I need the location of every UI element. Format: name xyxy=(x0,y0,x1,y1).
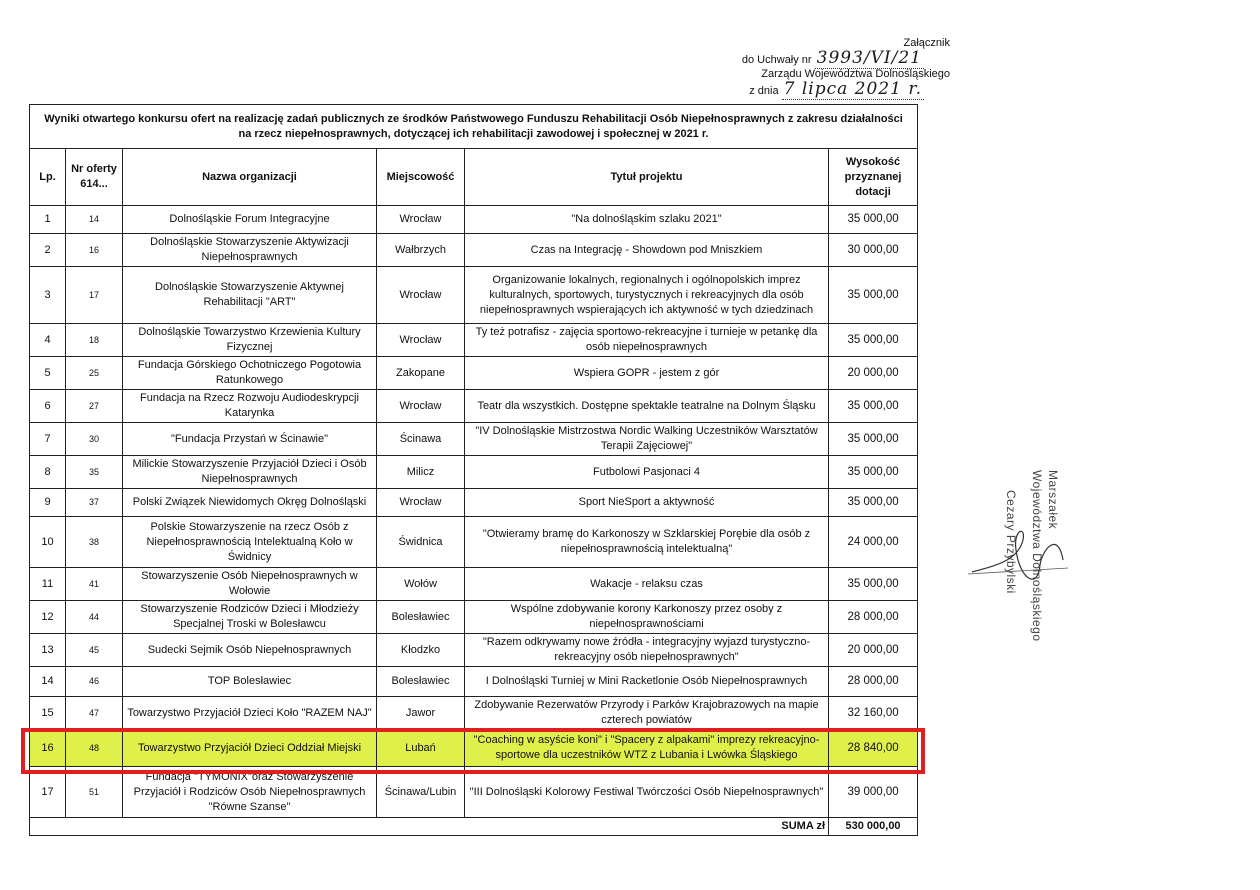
cell-name: Stowarzyszenie Osób Niepełnosprawnych w … xyxy=(123,568,377,601)
cell-lp: 12 xyxy=(30,601,66,634)
cell-nr: 41 xyxy=(66,568,123,601)
cell-project: Organizowanie lokalnych, regionalnych i … xyxy=(465,267,829,324)
cell-amount: 35 000,00 xyxy=(829,456,918,489)
cell-amount: 35 000,00 xyxy=(829,423,918,456)
table-title: Wyniki otwartego konkursu ofert na reali… xyxy=(30,105,918,149)
date-value: 7 lipca 2021 r. xyxy=(782,79,924,100)
signature-stamp: Marszałek Województwa Dolnośląskiego Cez… xyxy=(968,470,1078,670)
cell-name: Fundacja "TYMONIX"oraz Stowarzyszenie Pr… xyxy=(123,767,377,818)
cell-city: Lubań xyxy=(377,730,465,767)
cell-project: "IV Dolnośląskie Mistrzostwa Nordic Walk… xyxy=(465,423,829,456)
sum-value: 530 000,00 xyxy=(829,818,918,836)
table-row: 937Polski Związek Niewidomych Okręg Doln… xyxy=(30,489,918,517)
cell-lp: 1 xyxy=(30,206,66,234)
cell-amount: 32 160,00 xyxy=(829,697,918,730)
cell-city: Ścinawa/Lubin xyxy=(377,767,465,818)
sum-row: SUMA zł530 000,00 xyxy=(30,818,918,836)
resolution-prefix: do Uchwały nr xyxy=(742,54,812,66)
cell-nr: 16 xyxy=(66,234,123,267)
cell-nr: 30 xyxy=(66,423,123,456)
cell-city: Wałbrzych xyxy=(377,234,465,267)
cell-city: Ścinawa xyxy=(377,423,465,456)
cell-amount: 35 000,00 xyxy=(829,489,918,517)
cell-city: Bolesławiec xyxy=(377,667,465,697)
cell-nr: 27 xyxy=(66,390,123,423)
cell-amount: 39 000,00 xyxy=(829,767,918,818)
cell-nr: 51 xyxy=(66,767,123,818)
cell-project: "Otwieramy bramę do Karkonoszy w Szklars… xyxy=(465,517,829,568)
cell-lp: 3 xyxy=(30,267,66,324)
cell-lp: 10 xyxy=(30,517,66,568)
cell-nr: 37 xyxy=(66,489,123,517)
cell-amount: 35 000,00 xyxy=(829,267,918,324)
cell-lp: 14 xyxy=(30,667,66,697)
cell-city: Wrocław xyxy=(377,206,465,234)
cell-nr: 18 xyxy=(66,324,123,357)
cell-lp: 16 xyxy=(30,730,66,767)
table-row: 525Fundacja Górskiego Ochotniczego Pogot… xyxy=(30,357,918,390)
col-header-amount: Wysokość przyznanej dotacji xyxy=(829,149,918,206)
cell-name: Sudecki Sejmik Osób Niepełnosprawnych xyxy=(123,634,377,667)
table-row: 1648Towarzystwo Przyjaciół Dzieci Oddzia… xyxy=(30,730,918,767)
cell-city: Milicz xyxy=(377,456,465,489)
cell-lp: 8 xyxy=(30,456,66,489)
cell-city: Jawor xyxy=(377,697,465,730)
cell-lp: 13 xyxy=(30,634,66,667)
cell-project: "III Dolnośląski Kolorowy Festiwal Twórc… xyxy=(465,767,829,818)
table-row: 317Dolnośląskie Stowarzyszenie Aktywnej … xyxy=(30,267,918,324)
cell-lp: 4 xyxy=(30,324,66,357)
cell-name: "Fundacja Przystań w Ścinawie" xyxy=(123,423,377,456)
cell-project: "Na dolnośląskim szlaku 2021" xyxy=(465,206,829,234)
cell-project: Ty też potrafisz - zajęcia sportowo-rekr… xyxy=(465,324,829,357)
cell-nr: 35 xyxy=(66,456,123,489)
cell-nr: 25 xyxy=(66,357,123,390)
date-line: z dnia 7 lipca 2021 r. xyxy=(730,82,950,99)
annex-header: Załącznik do Uchwały nr 3993/VI/21 Zarzą… xyxy=(730,36,950,98)
cell-city: Wrocław xyxy=(377,324,465,357)
table-row: 418Dolnośląskie Towarzystwo Krzewienia K… xyxy=(30,324,918,357)
table-row: 1141Stowarzyszenie Osób Niepełnosprawnyc… xyxy=(30,568,918,601)
cell-amount: 35 000,00 xyxy=(829,390,918,423)
cell-lp: 2 xyxy=(30,234,66,267)
table-row: 1345Sudecki Sejmik Osób Niepełnosprawnyc… xyxy=(30,634,918,667)
cell-project: Czas na Integrację - Showdown pod Mniszk… xyxy=(465,234,829,267)
cell-nr: 38 xyxy=(66,517,123,568)
resolution-line: do Uchwały nr 3993/VI/21 xyxy=(730,51,950,68)
results-table: Wyniki otwartego konkursu ofert na reali… xyxy=(29,104,918,836)
col-header-project: Tytuł projektu xyxy=(465,149,829,206)
cell-name: Polski Związek Niewidomych Okręg Dolnośl… xyxy=(123,489,377,517)
cell-amount: 35 000,00 xyxy=(829,206,918,234)
cell-city: Zakopane xyxy=(377,357,465,390)
cell-name: Milickie Stowarzyszenie Przyjaciół Dziec… xyxy=(123,456,377,489)
cell-name: Dolnośląskie Towarzystwo Krzewienia Kult… xyxy=(123,324,377,357)
sum-label: SUMA zł xyxy=(30,818,829,836)
cell-city: Wrocław xyxy=(377,390,465,423)
cell-city: Bolesławiec xyxy=(377,601,465,634)
cell-city: Kłodzko xyxy=(377,634,465,667)
cell-project: Teatr dla wszystkich. Dostępne spektakle… xyxy=(465,390,829,423)
cell-nr: 17 xyxy=(66,267,123,324)
cell-project: "Razem odkrywamy nowe źródła - integracy… xyxy=(465,634,829,667)
cell-nr: 46 xyxy=(66,667,123,697)
cell-project: Zdobywanie Rezerwatów Przyrody i Parków … xyxy=(465,697,829,730)
cell-project: Wspiera GOPR - jestem z gór xyxy=(465,357,829,390)
cell-city: Wołów xyxy=(377,568,465,601)
cell-lp: 7 xyxy=(30,423,66,456)
cell-project: Wakacje - relaksu czas xyxy=(465,568,829,601)
cell-amount: 20 000,00 xyxy=(829,357,918,390)
date-prefix: z dnia xyxy=(749,85,778,97)
cell-amount: 20 000,00 xyxy=(829,634,918,667)
table-row: 1244Stowarzyszenie Rodziców Dzieci i Mło… xyxy=(30,601,918,634)
table-row: 1446TOP BolesławiecBolesławiecI Dolnoślą… xyxy=(30,667,918,697)
cell-lp: 17 xyxy=(30,767,66,818)
cell-name: Towarzystwo Przyjaciół Dzieci Oddział Mi… xyxy=(123,730,377,767)
cell-name: Dolnośląskie Stowarzyszenie Aktywnej Reh… xyxy=(123,267,377,324)
cell-name: Towarzystwo Przyjaciół Dzieci Koło "RAZE… xyxy=(123,697,377,730)
cell-amount: 24 000,00 xyxy=(829,517,918,568)
cell-city: Świdnica xyxy=(377,517,465,568)
col-header-name: Nazwa organizacji xyxy=(123,149,377,206)
cell-name: Polskie Stowarzyszenie na rzecz Osób z N… xyxy=(123,517,377,568)
cell-lp: 15 xyxy=(30,697,66,730)
cell-lp: 11 xyxy=(30,568,66,601)
col-header-lp: Lp. xyxy=(30,149,66,206)
cell-nr: 14 xyxy=(66,206,123,234)
cell-name: Stowarzyszenie Rodziców Dzieci i Młodzie… xyxy=(123,601,377,634)
resolution-number: 3993/VI/21 xyxy=(815,48,924,69)
table-row: 1751Fundacja "TYMONIX"oraz Stowarzyszeni… xyxy=(30,767,918,818)
cell-amount: 28 000,00 xyxy=(829,601,918,634)
cell-project: Futbolowi Pasjonaci 4 xyxy=(465,456,829,489)
cell-name: Dolnośląskie Forum Integracyjne xyxy=(123,206,377,234)
cell-project: I Dolnośląski Turniej w Mini Racketlonie… xyxy=(465,667,829,697)
cell-lp: 6 xyxy=(30,390,66,423)
table-row: 835Milickie Stowarzyszenie Przyjaciół Dz… xyxy=(30,456,918,489)
cell-lp: 5 xyxy=(30,357,66,390)
cell-nr: 48 xyxy=(66,730,123,767)
cell-name: Dolnośląskie Stowarzyszenie Aktywizacji … xyxy=(123,234,377,267)
table-row: 730"Fundacja Przystań w Ścinawie"Ścinawa… xyxy=(30,423,918,456)
table-row: 1038Polskie Stowarzyszenie na rzecz Osób… xyxy=(30,517,918,568)
cell-lp: 9 xyxy=(30,489,66,517)
col-header-nr: Nr oferty 614... xyxy=(66,149,123,206)
cell-project: Wspólne zdobywanie korony Karkonoszy prz… xyxy=(465,601,829,634)
cell-city: Wrocław xyxy=(377,489,465,517)
signature-scribble-icon xyxy=(968,470,1078,670)
cell-amount: 30 000,00 xyxy=(829,234,918,267)
cell-project: "Coaching w asyście koni" i "Spacery z a… xyxy=(465,730,829,767)
table-row: 216Dolnośląskie Stowarzyszenie Aktywizac… xyxy=(30,234,918,267)
cell-name: TOP Bolesławiec xyxy=(123,667,377,697)
cell-project: Sport NieSport a aktywność xyxy=(465,489,829,517)
cell-amount: 28 840,00 xyxy=(829,730,918,767)
table-row: 114Dolnośląskie Forum IntegracyjneWrocła… xyxy=(30,206,918,234)
cell-city: Wrocław xyxy=(377,267,465,324)
table-row: 627Fundacja na Rzecz Rozwoju Audiodeskry… xyxy=(30,390,918,423)
cell-amount: 35 000,00 xyxy=(829,324,918,357)
cell-nr: 44 xyxy=(66,601,123,634)
table-row: 1547Towarzystwo Przyjaciół Dzieci Koło "… xyxy=(30,697,918,730)
cell-nr: 45 xyxy=(66,634,123,667)
col-header-city: Miejscowość xyxy=(377,149,465,206)
header-row: Lp. Nr oferty 614... Nazwa organizacji M… xyxy=(30,149,918,206)
cell-name: Fundacja na Rzecz Rozwoju Audiodeskrypcj… xyxy=(123,390,377,423)
cell-nr: 47 xyxy=(66,697,123,730)
cell-name: Fundacja Górskiego Ochotniczego Pogotowi… xyxy=(123,357,377,390)
cell-amount: 35 000,00 xyxy=(829,568,918,601)
cell-amount: 28 000,00 xyxy=(829,667,918,697)
